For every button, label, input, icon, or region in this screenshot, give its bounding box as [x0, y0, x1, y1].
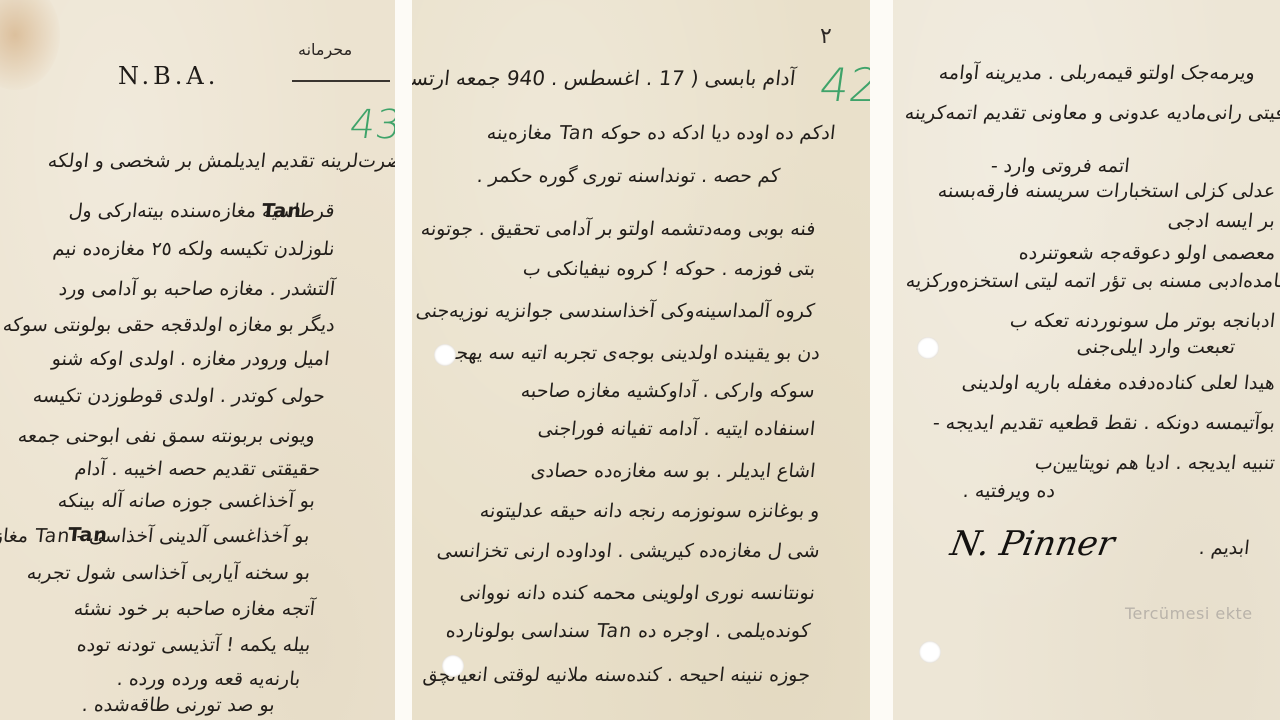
text-line: فنه بوبی ومه‌دتشمه اولتو بر آدامی تحقیق …: [419, 218, 816, 240]
document-page-middle: ٢ 42 آدام بابسی ( 17 . اغسطس . 940 جمعه …: [412, 0, 870, 720]
text-line: حولی کوتدر . اولدی قوطوزدن تکیسه: [32, 385, 326, 407]
header-rule: [292, 80, 390, 82]
text-line: فیتی رانی‌مادیه عدونی و معاونی تقدیم اتم…: [904, 102, 1280, 124]
text-line: آلتشدر . مغازه صاحبه بو آدامی ورد: [58, 278, 336, 300]
text-line: ویونی بربونته سمق نفی ابوحنی جمعه: [17, 425, 316, 447]
text-line: اسنفاده ایتیه . آدامه تفیانه فوراجنی: [537, 418, 816, 440]
text-line: نامده‌ادبی مسنه بی تؤر اتمه لیتی استخزه‌…: [905, 270, 1280, 292]
date-line: آدام بابسی ( 17 . اغسطس . 940 جمعه ارتسی…: [412, 66, 796, 90]
text-line: امیل ورودر مغازه . اولدی اوکه شنو: [51, 348, 331, 370]
page-header-initials: N.B.A.: [118, 62, 219, 90]
text-line: معصمی اولو دعوقه‌جه شعوتنرده: [1017, 242, 1276, 264]
punch-hole: [919, 641, 941, 663]
signature: N. Pinner: [947, 524, 1117, 564]
punch-hole: [434, 344, 456, 366]
text-line: ویرمه‌جک اولتو قیمه‌ربلی . مدیرینه آوامه: [938, 62, 1256, 84]
latin-fragment-tan: Tan: [261, 200, 303, 222]
top-right-note: ٢: [820, 24, 832, 49]
text-line: سوکه وارکی . آداوکشیه مغازه صاحبه: [520, 380, 816, 402]
text-line: ادبانجه بوتر مل سونوردنه تعکه ب: [1009, 310, 1276, 332]
gutter-left: [395, 0, 412, 720]
text-line: شی ل مغازه‌ده کیریشی . اوداوده ارنی تخزا…: [436, 540, 821, 562]
text-line: آتجه مغازه صاحبه بر خود نشئه: [73, 598, 316, 620]
folio-number: 42: [816, 58, 870, 112]
text-line: جوزه ننینه احیحه . کنده‌سنه ملانیه لوقتی…: [422, 664, 811, 686]
latin-fragment-tan: Tan: [67, 524, 109, 546]
top-right-note: محرمانه: [298, 40, 352, 59]
gutter-right: [870, 0, 893, 720]
text-line: ابدیم .: [1198, 537, 1251, 559]
text-line: نونتانسه نوری اولوینی محمه کنده دانه نوو…: [459, 582, 816, 604]
text-line: تعبعت وارد ایلی‌جنی: [1076, 336, 1237, 358]
text-line: نلوزلدن تکیسه ولکه ٢٥ مغازه‌ده نیم: [52, 238, 336, 260]
text-line: بو آخذاغسی جوزه صانه آله بینکه: [57, 490, 316, 512]
document-page-left: N.B.A. محرمانه 43 حضرت‌لرینه تقدیم ایدیل…: [0, 0, 395, 720]
text-line: ادکم ده اوده دیا ادکه ده حوکه Tan مغازه‌…: [485, 122, 836, 144]
pencil-annotation: Tercümesi ekte: [1125, 604, 1253, 623]
text-line: بوآتیمسه دونکه . نقط قطعیه تقدیم ایدیجه …: [932, 412, 1276, 434]
folio-number: 43: [347, 102, 395, 148]
text-line: اشاع ایدیلر . بو سه مغازه‌ده حصادی: [529, 460, 816, 482]
text-line: بو آخذاغسی آلدینی آخذاسی - Tan مغازه: [0, 525, 311, 547]
text-line: هیدا لعلی کناده‌دفده مغفله باریه اولدینی: [961, 372, 1276, 394]
text-line: بیله یکمه ! آتذیسی تودنه توده: [75, 634, 311, 656]
text-line: کم حصه . تونداسنه توری گوره حکمر .: [476, 165, 781, 187]
text-line: دیگر بو مغازه اولدقجه حقی بولونتی سوکه: [2, 314, 336, 336]
text-line: کونده‌یلمی . اوجره ده Tan سنداسی بولونار…: [445, 620, 811, 642]
text-line: بتی فوزمه . حوکه ! کروه نیفیانکی ب: [522, 258, 817, 280]
text-line: بو سخنه آیاربی آخذاسی شول تجربه: [26, 562, 311, 584]
document-page-right: ویرمه‌جک اولتو قیمه‌ربلی . مدیرینه آوامه…: [893, 0, 1280, 720]
text-line: بر ایسه ادجی: [1167, 210, 1276, 232]
text-line: کروه آلمداسینه‌وکی آخذ‌اسندسی جوانزیه نو…: [415, 300, 816, 322]
paper-stain: [0, 0, 60, 90]
text-line: و بوغانزه سونوزمه رنجه دانه حیقه عدلیتون…: [479, 500, 821, 522]
text-line: تنبیه ایدیجه . ادیا هم نویتایین‌ب: [1034, 452, 1276, 474]
text-line: اتمه فروتی وارد -: [990, 155, 1131, 177]
punch-hole: [442, 655, 464, 677]
text-line: ده ویرفتیه .: [962, 480, 1057, 502]
text-line: دن بو یقینده اولدینی بوجه‌ی تجربه اتیه س…: [441, 342, 821, 364]
punch-hole: [917, 337, 939, 359]
text-line: عدلی کزلی استخبارات سریسنه فارقه‌بسنه: [937, 180, 1277, 202]
text-line: حضرت‌لرینه تقدیم ایدیلمش بر شخصی و اولکه: [47, 150, 395, 172]
text-line: بارنه‌یه قعه ورده ورده .: [115, 668, 301, 690]
text-line: حقیقتی تقدیم حصه اخیبه . آدام: [74, 458, 321, 480]
text-line: بو صد تورنی طاقه‌شده .: [81, 694, 276, 716]
